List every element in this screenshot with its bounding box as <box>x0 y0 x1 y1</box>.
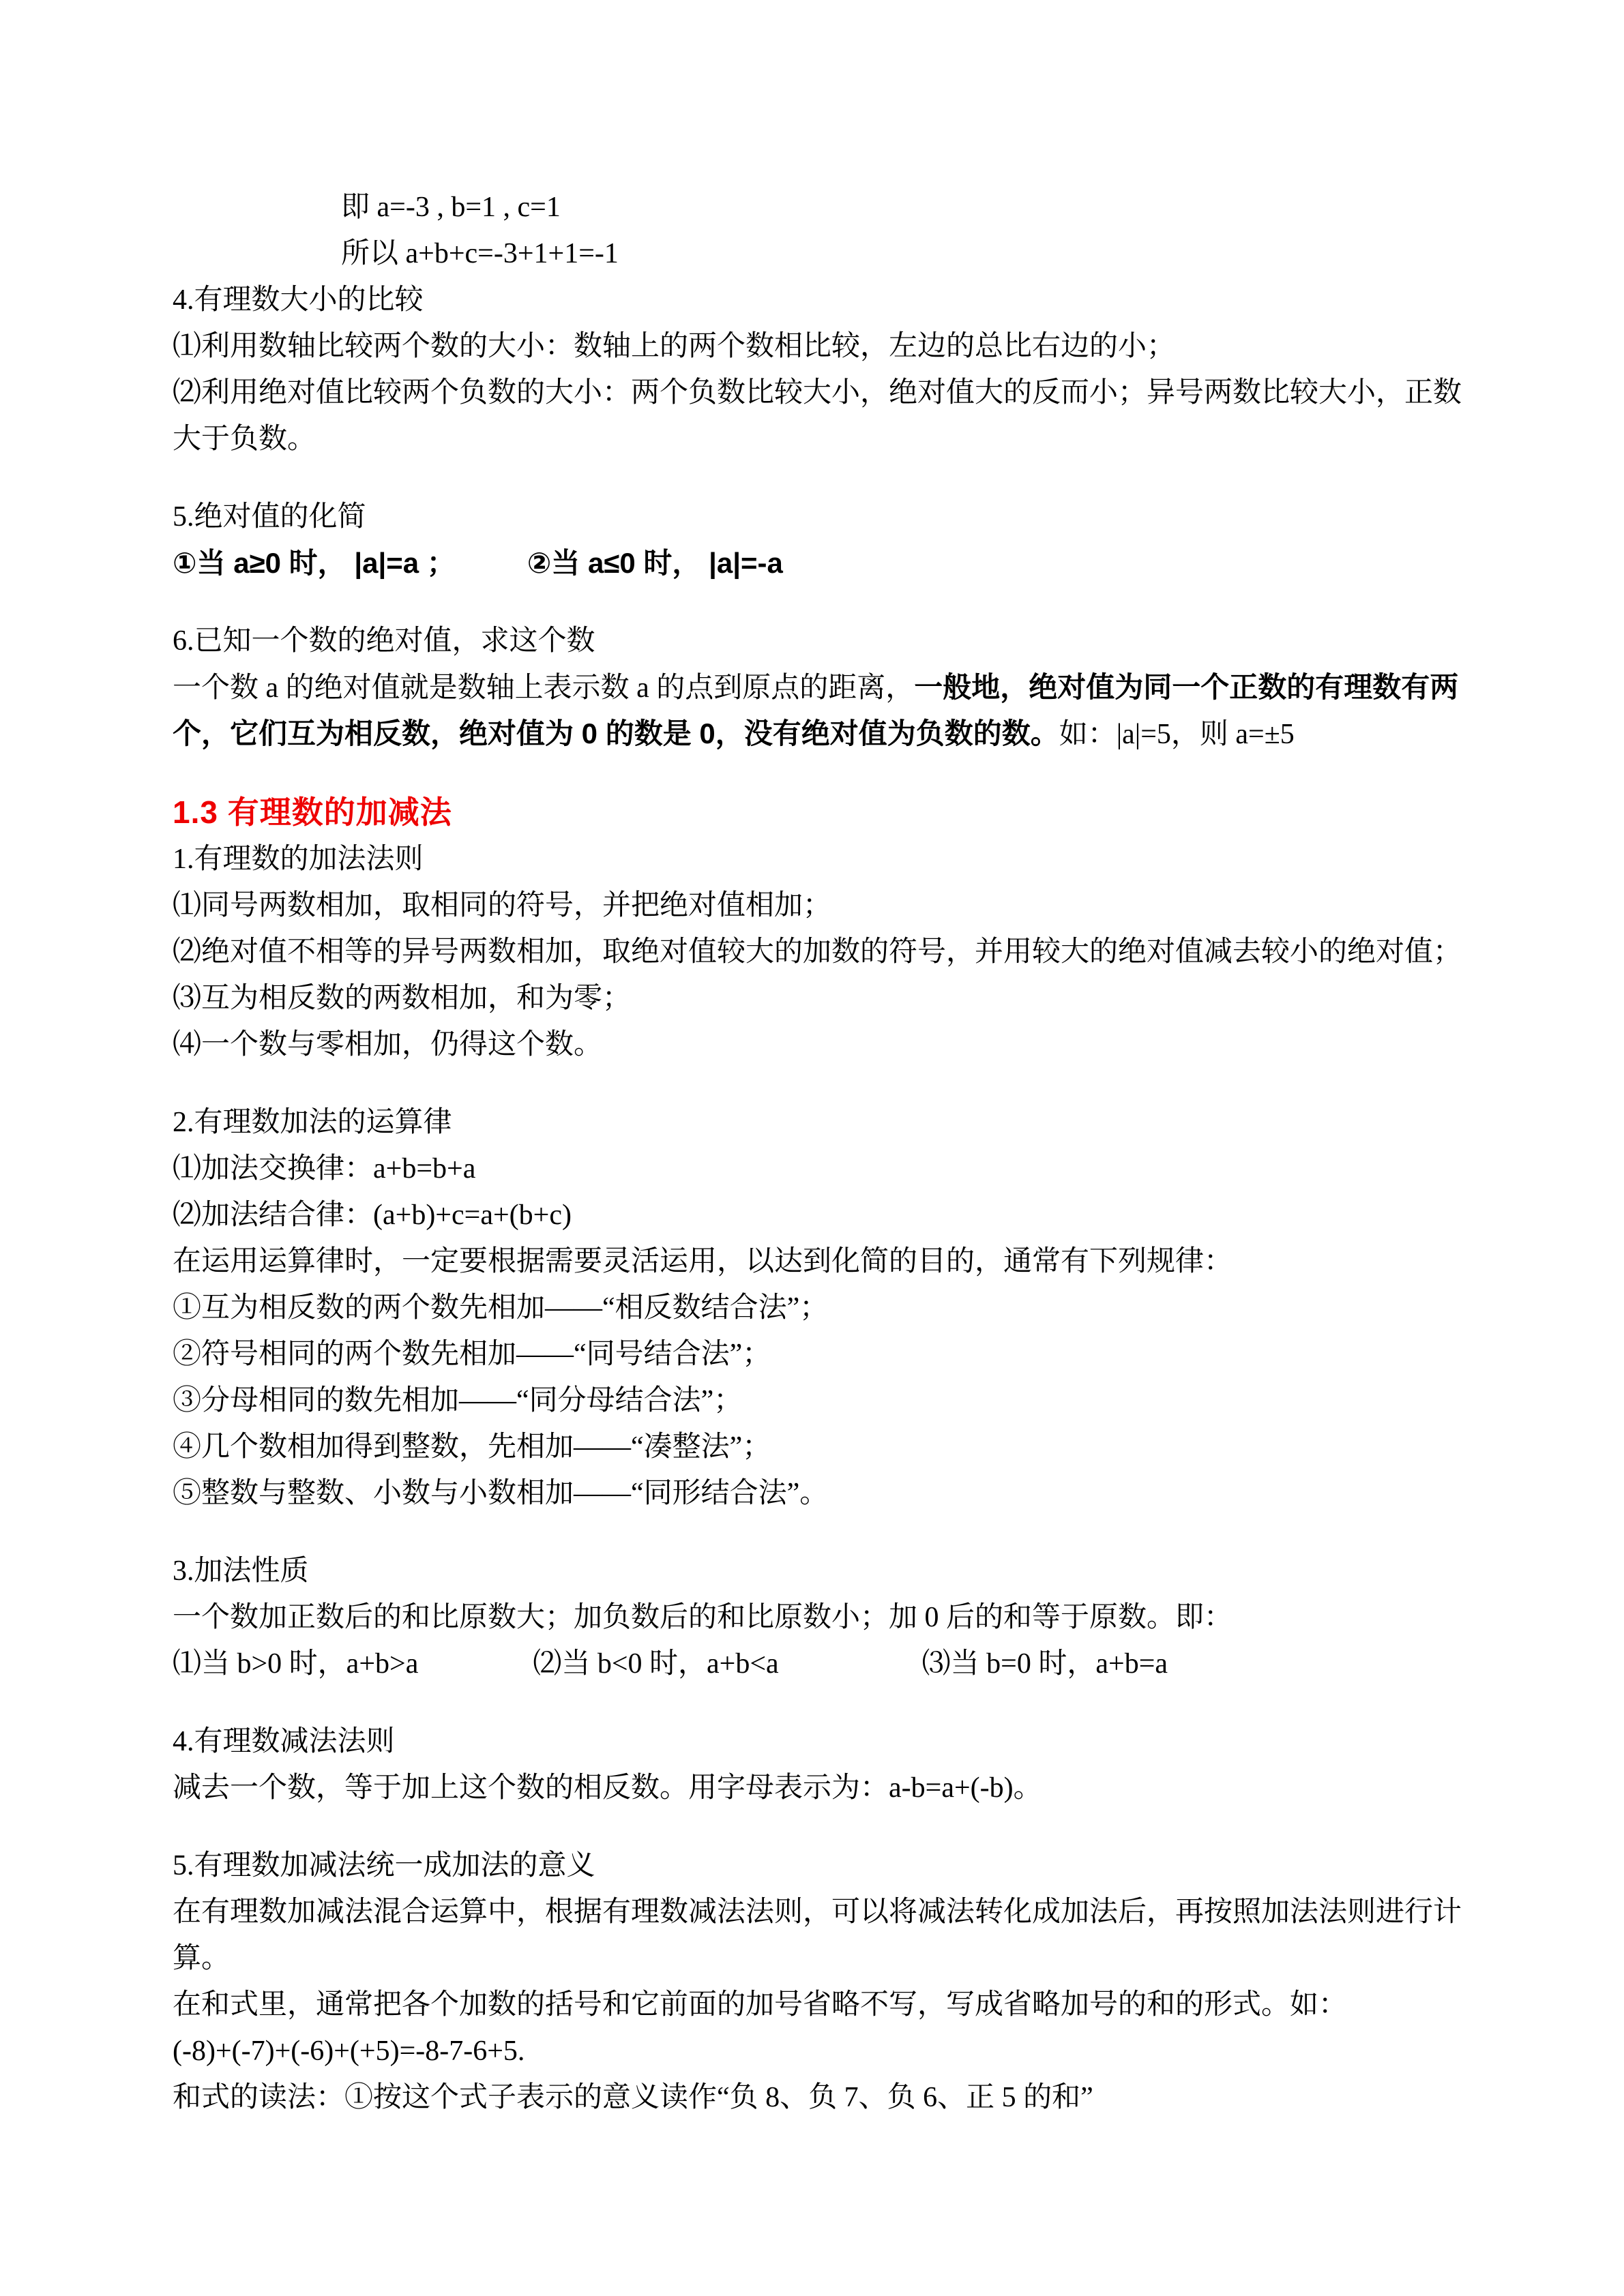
text-segment: ②符号相同的两个数先相加——“同号结合法”； <box>173 1339 771 1370</box>
text-line: 大于负数。 <box>173 416 1460 462</box>
derivation-line-2: 所以 a+b+c=-3+1+1=-1 <box>173 230 1460 277</box>
text-segment: 1.有理数的加法法则 <box>173 844 424 875</box>
text-line: ⑵利用绝对值比较两个负数的大小：两个负数比较大小，绝对值大的反而小；异号两数比较… <box>173 370 1460 416</box>
text-line: 减去一个数，等于加上这个数的相反数。用字母表示为：a-b=a+(-b)。 <box>173 1765 1460 1811</box>
text-segment: 4.有理数大小的比较 <box>173 284 424 316</box>
text-line: ⑴利用数轴比较两个数的大小：数轴上的两个数相比较，左边的总比右边的小； <box>173 323 1460 370</box>
text-line: 在运用运算律时，一定要根据需要灵活运用，以达到化简的目的，通常有下列规律： <box>173 1238 1460 1285</box>
paragraph-gap <box>173 1687 1460 1718</box>
document-page: 即 a=-3 , b=1 , c=1所以 a+b+c=-3+1+1=-14.有理… <box>0 0 1624 2296</box>
derivation-line-1: 即 a=-3 , b=1 , c=1 <box>173 184 1460 230</box>
text-segment: 算。 <box>173 1943 230 1974</box>
text-line: 一个数 a 的绝对值就是数轴上表示数 a 的点到原点的距离，一般地，绝对值为同一… <box>173 664 1460 711</box>
text-segment: 3.加法性质 <box>173 1555 309 1587</box>
text-segment: 在有理数加减法混合运算中，根据有理数减法法则，可以将减法转化成加法后，再按照加法… <box>173 1896 1462 1928</box>
text-segment: 在和式里，通常把各个加数的括号和它前面的加号省略不写，写成省略加号的和的形式。如… <box>173 1989 1347 2021</box>
paragraph-gap <box>173 1068 1460 1099</box>
text-line: 和式的读法：①按这个式子表示的意义读作“负 8、负 7、负 6、正 5 的和” <box>173 2074 1460 2121</box>
text-segment: ⑶互为相反数的两数相加，和为零； <box>173 983 631 1014</box>
text-segment: ⑴同号两数相加，取相同的符号，并把绝对值相加； <box>173 890 831 921</box>
sum-expression-line: (-8)+(-7)+(-6)+(+5)=-8-7-6+5. <box>173 2028 1460 2074</box>
text-line: ⑤整数与整数、小数与小数相加——“同形结合法”。 <box>173 1470 1460 1517</box>
text-line: ⑷一个数与零相加，仍得这个数。 <box>173 1022 1460 1068</box>
text-line: 在有理数加减法混合运算中，根据有理数减法法则，可以将减法转化成加法后，再按照加法… <box>173 1889 1460 1935</box>
text-segment: 如：|a|=5，则 a=±5 <box>1059 719 1295 750</box>
text-segment: 5.有理数加减法统一成加法的意义 <box>173 1850 595 1881</box>
section-5-title: 5.绝对值的化简 <box>173 494 1460 540</box>
item-5-title: 5.有理数加减法统一成加法的意义 <box>173 1843 1460 1889</box>
text-segment: ⑤整数与整数、小数与小数相加——“同形结合法”。 <box>173 1478 828 1509</box>
text-segment: 和式的读法：①按这个式子表示的意义读作“负 8、负 7、负 6、正 5 的和” <box>173 2082 1093 2113</box>
text-line: ④几个数相加得到整数，先相加——“凑整法”； <box>173 1424 1460 1470</box>
text-segment: ①当 a≥0 时， |a|=a ； ②当 a≤0 时， |a|=-a <box>173 547 783 579</box>
text-segment: 2.有理数加法的运算律 <box>173 1107 452 1138</box>
chapter-1-3-heading: 1.3 有理数的加减法 <box>173 788 1460 836</box>
paragraph-gap <box>173 462 1460 494</box>
text-line: ⑵绝对值不相等的异号两数相加，取绝对值较大的加数的符号，并用较大的绝对值减去较小… <box>173 929 1460 975</box>
text-segment: ①互为相反数的两个数先相加——“相反数结合法”； <box>173 1292 828 1324</box>
text-line: ③分母相同的数先相加——“同分母结合法”； <box>173 1377 1460 1424</box>
paragraph-gap <box>173 586 1460 618</box>
text-line: 一个数加正数后的和比原数大；加负数后的和比原数小；加 0 后的和等于原数。即： <box>173 1594 1460 1641</box>
paragraph-gap <box>173 1517 1460 1548</box>
text-line: ⑴同号两数相加，取相同的符号，并把绝对值相加； <box>173 882 1460 929</box>
text-segment: ⑴利用数轴比较两个数的大小：数轴上的两个数相比较，左边的总比右边的小； <box>173 331 1175 362</box>
text-line: 在和式里，通常把各个加数的括号和它前面的加号省略不写，写成省略加号的和的形式。如… <box>173 1982 1460 2028</box>
text-line: ⑵加法结合律：(a+b)+c=a+(b+c) <box>173 1192 1460 1238</box>
item-4-title: 4.有理数减法法则 <box>173 1718 1460 1765</box>
text-line: 个，它们互为相反数，绝对值为 0 的数是 0，没有绝对值为负数的数。如：|a|=… <box>173 711 1460 757</box>
text-segment: ⑷一个数与零相加，仍得这个数。 <box>173 1029 602 1060</box>
abs-value-rules-line: ①当 a≥0 时， |a|=a ； ②当 a≤0 时， |a|=-a <box>173 540 1460 586</box>
text-segment: 即 a=-3 , b=1 , c=1 <box>341 192 561 223</box>
text-segment: 4.有理数减法法则 <box>173 1726 395 1757</box>
text-segment: ③分母相同的数先相加——“同分母结合法”； <box>173 1385 742 1416</box>
section-6-title: 6.已知一个数的绝对值，求这个数 <box>173 618 1460 664</box>
text-segment: ④几个数相加得到整数，先相加——“凑整法”； <box>173 1431 771 1463</box>
paragraph-gap <box>173 1811 1460 1843</box>
text-segment: 6.已知一个数的绝对值，求这个数 <box>173 625 595 657</box>
text-segment: ⑵利用绝对值比较两个负数的大小：两个负数比较大小，绝对值大的反而小；异号两数比较… <box>173 377 1462 408</box>
paragraph-gap <box>173 757 1460 788</box>
text-line: ⑶互为相反数的两数相加，和为零； <box>173 975 1460 1022</box>
text-segment: 在运用运算律时，一定要根据需要灵活运用，以达到化简的目的，通常有下列规律： <box>173 1246 1232 1277</box>
text-segment: ⑵绝对值不相等的异号两数相加，取绝对值较大的加数的符号，并用较大的绝对值减去较小… <box>173 936 1462 968</box>
chapter-heading-text: 1.3 有理数的加减法 <box>173 794 452 830</box>
text-line: 算。 <box>173 1935 1460 1982</box>
text-line: ⑴加法交换律：a+b=b+a <box>173 1146 1460 1192</box>
text-segment: (-8)+(-7)+(-6)+(+5)=-8-7-6+5. <box>173 2036 525 2067</box>
section-4-title: 4.有理数大小的比较 <box>173 277 1460 323</box>
text-line: ⑴当 b>0 时，a+b>a ⑵当 b<0 时，a+b<a ⑶当 b=0 时，a… <box>173 1641 1460 1687</box>
text-segment: ⑴当 b>0 时，a+b>a ⑵当 b<0 时，a+b<a ⑶当 b=0 时，a… <box>173 1648 1168 1680</box>
text-segment: ⑴加法交换律：a+b=b+a <box>173 1153 475 1184</box>
text-segment: 个，它们互为相反数，绝对值为 0 的数是 0，没有绝对值为负数的数。 <box>173 717 1059 749</box>
text-line: ①互为相反数的两个数先相加——“相反数结合法”； <box>173 1285 1460 1331</box>
text-segment: 所以 a+b+c=-3+1+1=-1 <box>341 238 619 269</box>
text-line: ②符号相同的两个数先相加——“同号结合法”； <box>173 1331 1460 1377</box>
text-segment: 5.绝对值的化简 <box>173 501 366 533</box>
item-3-title: 3.加法性质 <box>173 1548 1460 1594</box>
text-segment: ⑵加法结合律：(a+b)+c=a+(b+c) <box>173 1199 572 1231</box>
text-segment: 一个数加正数后的和比原数大；加负数后的和比原数小；加 0 后的和等于原数。即： <box>173 1602 1232 1633</box>
item-1-title: 1.有理数的加法法则 <box>173 836 1460 882</box>
text-segment: 减去一个数，等于加上这个数的相反数。用字母表示为：a-b=a+(-b)。 <box>173 1772 1042 1804</box>
item-2-title: 2.有理数加法的运算律 <box>173 1099 1460 1146</box>
text-segment: 一般地，绝对值为同一个正数的有理数有两 <box>914 671 1458 703</box>
text-segment: 一个数 a 的绝对值就是数轴上表示数 a 的点到原点的距离， <box>173 672 914 704</box>
text-segment: 大于负数。 <box>173 423 316 455</box>
